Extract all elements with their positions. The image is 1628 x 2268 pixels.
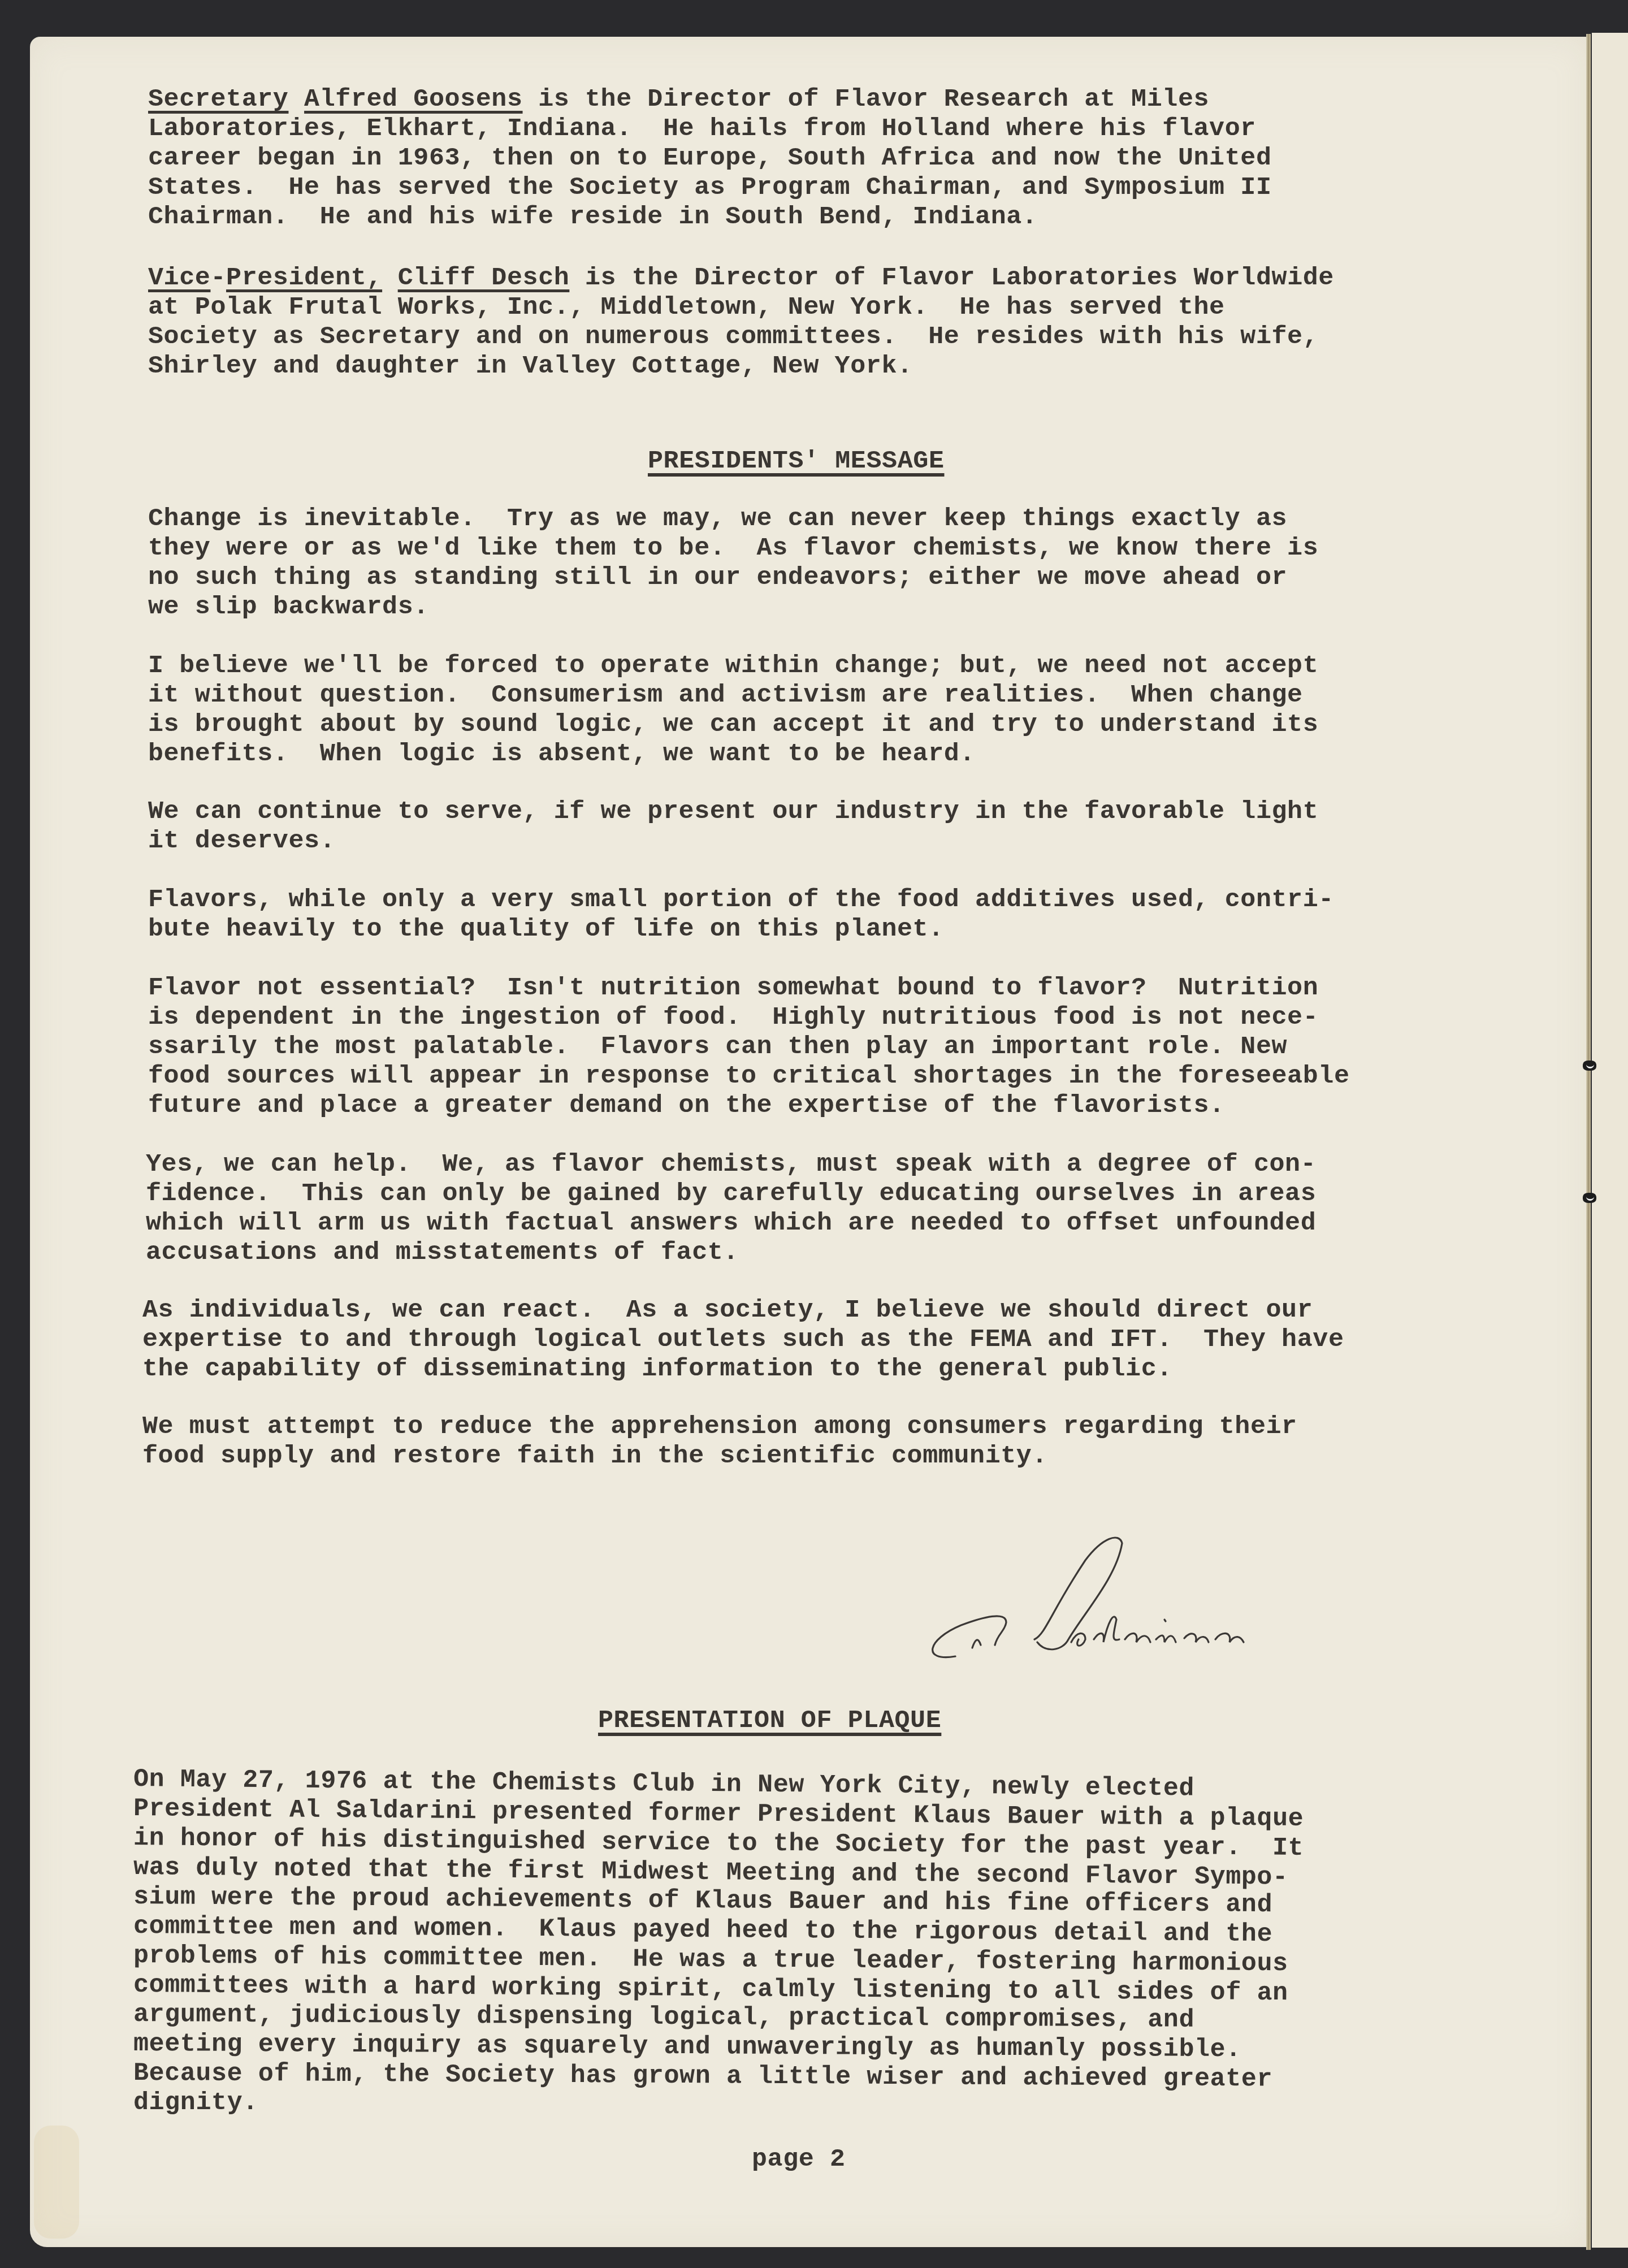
text-line: expertise to and through logical outlets… (142, 1325, 1344, 1354)
text-line: we slip backwards. (148, 592, 429, 622)
officer-title: Secretary (148, 85, 288, 114)
text-line: I believe we'll be forced to operate wit… (148, 651, 1318, 681)
text-line: they were or as we'd like them to be. As… (148, 534, 1318, 563)
text-line: it without question. Consumerism and act… (148, 681, 1303, 710)
text-line: Change is inevitable. Try as we may, we … (148, 504, 1287, 534)
text-line: is dependent in the ingestion of food. H… (148, 1003, 1318, 1032)
section-heading-presidents-message: PRESIDENTS' MESSAGE (648, 447, 944, 476)
officer-title: Vice (148, 263, 210, 292)
text-line: Chairman. He and his wife reside in Sout… (148, 202, 1037, 232)
officer-title: President, (226, 263, 382, 292)
text-line: accusations and misstatements of fact. (146, 1238, 739, 1267)
signature-icon (899, 1526, 1328, 1662)
text-line: which will arm us with factual answers w… (146, 1209, 1316, 1238)
text-line: ssarily the most palatable. Flavors can … (148, 1032, 1287, 1062)
officer-secretary-line-1: Secretary Alfred Goosens is the Director… (148, 85, 1209, 114)
text-line: Flavor not essential? Isn't nutrition so… (148, 973, 1318, 1003)
text-line: Flavors, while only a very small portion… (148, 885, 1334, 915)
text-line: Society as Secretary and on numerous com… (148, 322, 1318, 352)
text-line: States. He has served the Society as Pro… (148, 173, 1272, 202)
text-line: it deserves. (148, 826, 335, 856)
section-heading-presentation-of-plaque: PRESENTATION OF PLAQUE (598, 1706, 941, 1735)
typewritten-document: Secretary Alfred Goosens is the Director… (0, 0, 1628, 2268)
text-line: Yes, we can help. We, as flavor chemists… (146, 1150, 1316, 1179)
text-line: bute heavily to the quality of life on t… (148, 915, 944, 944)
text-line: at Polak Frutal Works, Inc., Middletown,… (148, 293, 1225, 322)
text-line: fidence. This can only be gained by care… (146, 1179, 1316, 1209)
text-line: no such thing as standing still in our e… (148, 563, 1287, 592)
officer-name: Alfred Goosens (304, 85, 522, 114)
officer-vice-president-line-1: Vice-President, Cliff Desch is the Direc… (148, 263, 1334, 293)
text-line: Laboratories, Elkhart, Indiana. He hails… (148, 114, 1256, 144)
text-line: is brought about by sound logic, we can … (148, 710, 1318, 739)
officer-name: Cliff Desch (398, 263, 570, 292)
text-line: food supply and restore faith in the sci… (142, 1442, 1047, 1471)
text-line: future and place a greater demand on the… (148, 1091, 1225, 1120)
text-line: food sources will appear in response to … (148, 1062, 1350, 1091)
text-line: the capability of disseminating informat… (142, 1354, 1172, 1384)
text-line: Shirley and daughter in Valley Cottage, … (148, 352, 913, 381)
text-line: career began in 1963, then on to Europe,… (148, 144, 1272, 173)
text-line: We can continue to serve, if we present … (148, 797, 1318, 826)
page-number: page 2 (752, 2145, 846, 2174)
text-line: benefits. When logic is absent, we want … (148, 739, 975, 769)
text-line: We must attempt to reduce the apprehensi… (142, 1412, 1297, 1442)
text-line: Because of him, the Society has grown a … (133, 2059, 1272, 2094)
text-line: As individuals, we can react. As a socie… (142, 1296, 1313, 1325)
text-line: dignity. (133, 2088, 258, 2118)
